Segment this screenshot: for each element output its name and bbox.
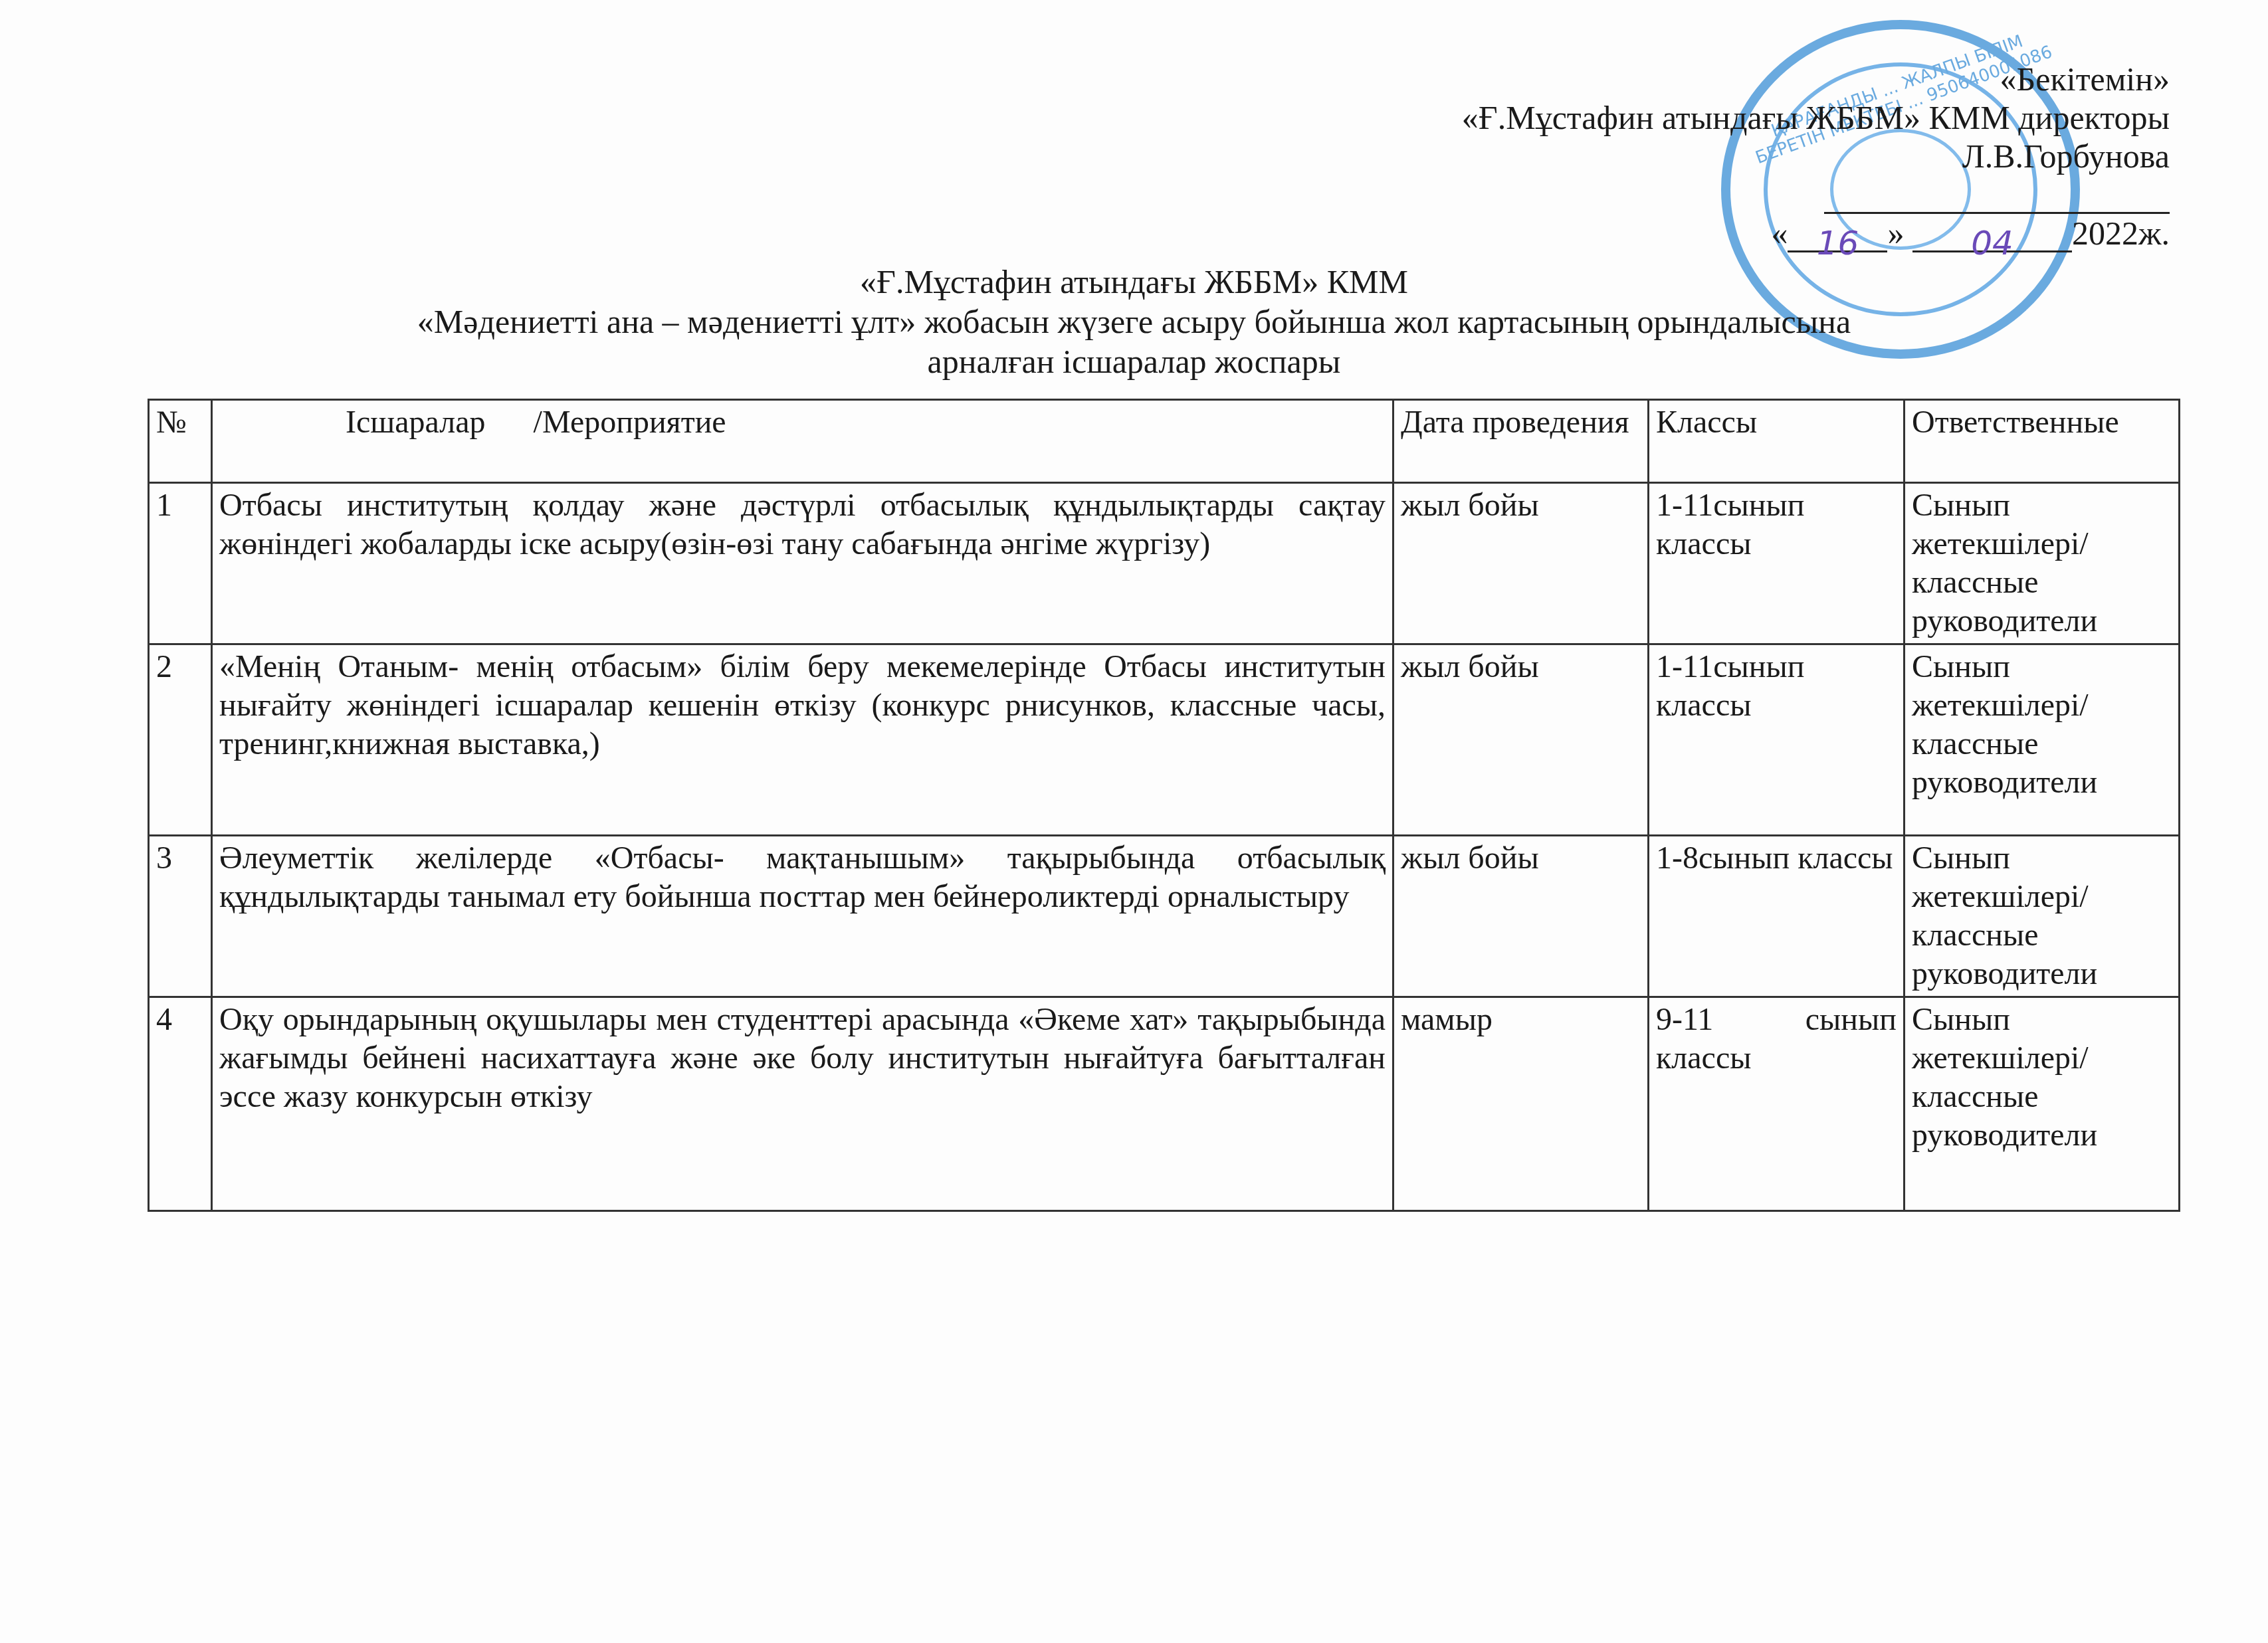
date-year: 2022ж. <box>2072 215 2170 252</box>
row-date: жыл бойы <box>1393 644 1649 836</box>
header-date: Дата проведения <box>1393 400 1649 483</box>
table-row: 4 Оқу орындарының оқушылары мен студентт… <box>149 997 2180 1211</box>
doc-title-plan: арналған ісшаралар жоспары <box>0 342 2268 381</box>
header-classes: Классы <box>1649 400 1905 483</box>
row-number: 3 <box>149 836 212 997</box>
approval-heading: «Бекітемін» <box>1462 60 2170 98</box>
row-date: жыл бойы <box>1393 483 1649 644</box>
row-responsible: Сынып жетекшілері/ классные руководители <box>1905 997 2180 1211</box>
row-event: Отбасы институтың қолдау және дәстүрлі о… <box>212 483 1393 644</box>
table-row: 1 Отбасы институтың қолдау және дәстүрлі… <box>149 483 2180 644</box>
row-responsible: Сынып жетекшілері/ классные руководители <box>1905 483 2180 644</box>
table-header-row: № Ісшаралар /Мероприятие Дата проведения… <box>149 400 2180 483</box>
events-plan-table: № Ісшаралар /Мероприятие Дата проведения… <box>148 399 2180 1212</box>
header-event: Ісшаралар /Мероприятие <box>212 400 1393 483</box>
row-number: 1 <box>149 483 212 644</box>
row-number: 2 <box>149 644 212 836</box>
row-classes: 9-11 сынып классы <box>1649 997 1905 1211</box>
row-responsible: Сынып жетекшілері/ классные руководители <box>1905 644 2180 836</box>
handwritten-month: 04 <box>1971 224 2013 262</box>
row-responsible: Сынып жетекшілері/ классные руководители <box>1905 836 2180 997</box>
doc-title-org: «Ғ.Мұстафин атындағы ЖББМ» КММ <box>0 262 2268 301</box>
signature-line <box>1462 175 2170 214</box>
row-date: жыл бойы <box>1393 836 1649 997</box>
row-classes: 1-8сынып классы <box>1649 836 1905 997</box>
row-classes: 1-11сынып классы <box>1649 644 1905 836</box>
header-number: № <box>149 400 212 483</box>
row-event: Әлеуметтік желілерде «Отбасы- мақтанышым… <box>212 836 1393 997</box>
approval-block: «Бекітемін» «Ғ.Мұстафин атындағы ЖББМ» К… <box>1462 60 2170 252</box>
row-event: Оқу орындарының оқушылары мен студенттер… <box>212 997 1393 1211</box>
table-row: 3 Әлеуметтік желілерде «Отбасы- мақтаныш… <box>149 836 2180 997</box>
row-date: мамыр <box>1393 997 1649 1211</box>
row-event: «Менің Отаным- менің отбасым» білім беру… <box>212 644 1393 836</box>
row-number: 4 <box>149 997 212 1211</box>
approval-date: «16» 042022ж. <box>1462 214 2170 252</box>
row-classes: 1-11сынып классы <box>1649 483 1905 644</box>
approval-signer: Л.В.Горбунова <box>1462 137 2170 175</box>
doc-title-project: «Мәдениетті ана – мәдениетті ұлт» жобасы… <box>0 302 2268 341</box>
table-row: 2 «Менің Отаным- менің отбасым» білім бе… <box>149 644 2180 836</box>
handwritten-day: 16 <box>1817 224 1859 262</box>
approval-position: «Ғ.Мұстафин атындағы ЖББМ» КММ директоры <box>1462 98 2170 137</box>
header-responsible: Ответственные <box>1905 400 2180 483</box>
